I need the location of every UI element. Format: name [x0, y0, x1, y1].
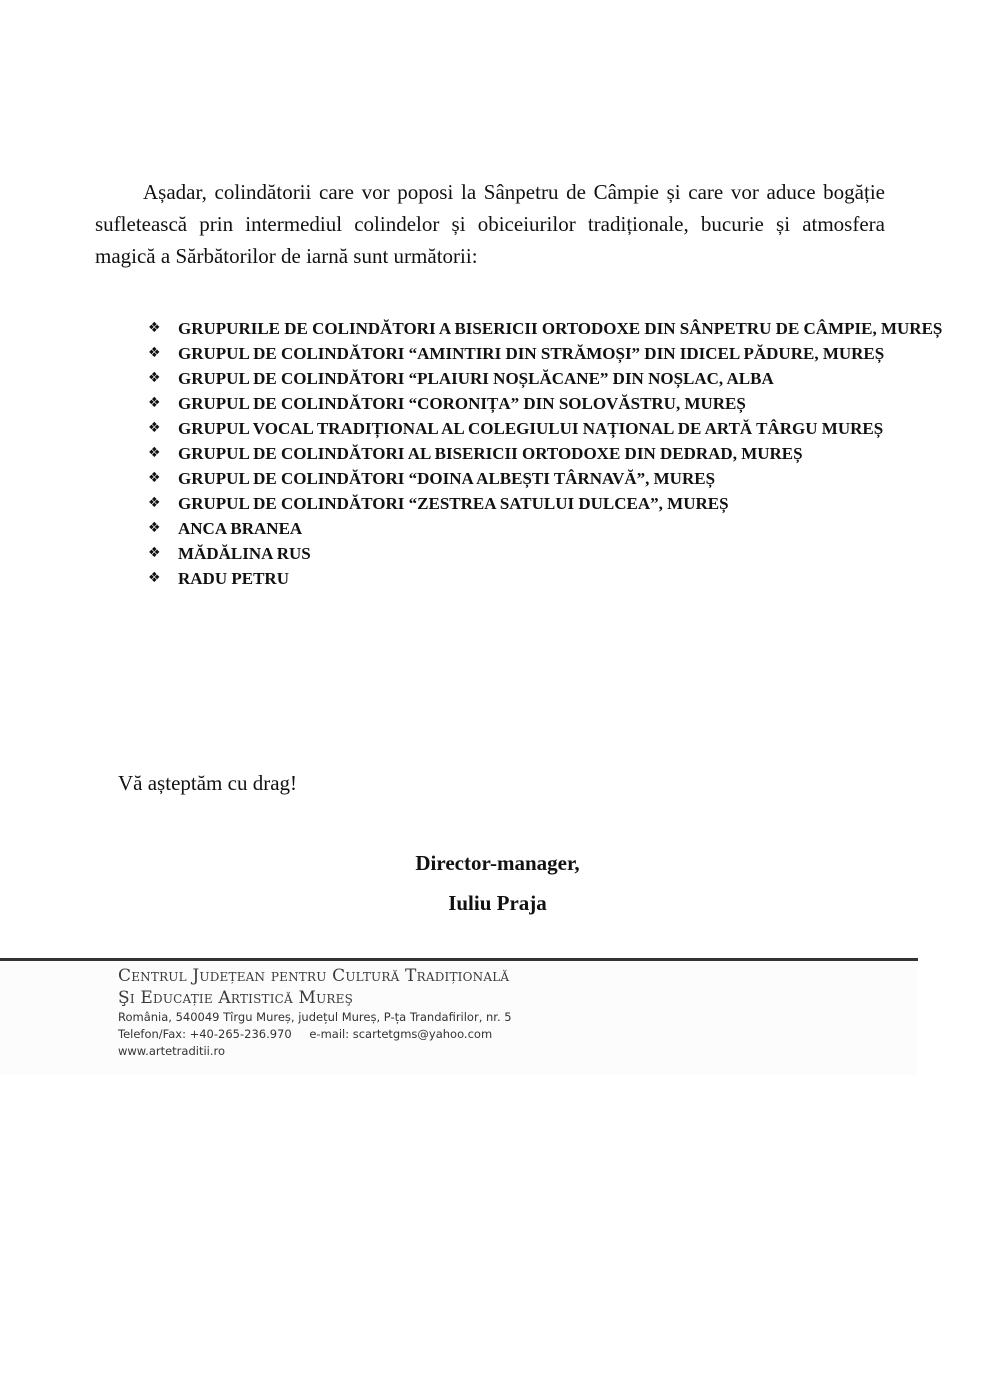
- closing-greeting: Vă așteptăm cu drag!: [118, 769, 297, 797]
- carolers-list: ❖ GRUPURILE DE COLINDĂTORI A BISERICII O…: [148, 316, 948, 591]
- list-item: ❖ RADU PETRU: [148, 566, 948, 591]
- organization-name-line-1: Centrul Județean pentru Cultură Tradițio…: [118, 965, 512, 987]
- list-item-text: GRUPUL DE COLINDĂTORI “ZESTREA SATULUI D…: [178, 494, 729, 513]
- list-item: ❖ MĂDĂLINA RUS: [148, 541, 948, 566]
- diamond-bullet-icon: ❖: [148, 416, 161, 441]
- email-address[interactable]: e-mail: scartetgms@yahoo.com: [309, 1027, 492, 1041]
- list-item-text: GRUPUL DE COLINDĂTORI “AMINTIRI DIN STRĂ…: [178, 344, 884, 363]
- list-item-text: RADU PETRU: [178, 569, 289, 588]
- list-item-text: ANCA BRANEA: [178, 519, 302, 538]
- diamond-bullet-icon: ❖: [148, 316, 161, 341]
- list-item-text: MĂDĂLINA RUS: [178, 544, 311, 563]
- list-item: ❖ GRUPUL DE COLINDĂTORI “PLAIURI NOȘLĂCA…: [148, 366, 948, 391]
- list-item-text: GRUPURILE DE COLINDĂTORI A BISERICII ORT…: [178, 319, 942, 338]
- diamond-bullet-icon: ❖: [148, 541, 161, 566]
- list-item-text: GRUPUL DE COLINDĂTORI “PLAIURI NOȘLĂCANE…: [178, 369, 774, 388]
- list-item-text: GRUPUL DE COLINDĂTORI “CORONIȚA” DIN SOL…: [178, 394, 746, 413]
- signature-title: Director-manager,: [390, 843, 605, 883]
- list-item: ❖ GRUPUL DE COLINDĂTORI “CORONIȚA” DIN S…: [148, 391, 948, 416]
- diamond-bullet-icon: ❖: [148, 491, 161, 516]
- list-item: ❖ GRUPUL DE COLINDĂTORI “ZESTREA SATULUI…: [148, 491, 948, 516]
- diamond-bullet-icon: ❖: [148, 366, 161, 391]
- list-item: ❖ GRUPUL DE COLINDĂTORI AL BISERICII ORT…: [148, 441, 948, 466]
- diamond-bullet-icon: ❖: [148, 516, 161, 541]
- diamond-bullet-icon: ❖: [148, 441, 161, 466]
- diamond-bullet-icon: ❖: [148, 391, 161, 416]
- list-item: ❖ GRUPURILE DE COLINDĂTORI A BISERICII O…: [148, 316, 948, 341]
- list-item: ❖ GRUPUL VOCAL TRADIȚIONAL AL COLEGIULUI…: [148, 416, 948, 441]
- contact-line: Telefon/Fax: +40-265-236.970 e-mail: sca…: [118, 1026, 512, 1043]
- website-link[interactable]: www.artetraditii.ro: [118, 1043, 512, 1060]
- list-item: ❖ GRUPUL DE COLINDĂTORI “DOINA ALBEȘTI T…: [148, 466, 948, 491]
- list-item-text: GRUPUL VOCAL TRADIȚIONAL AL COLEGIULUI N…: [178, 419, 883, 438]
- intro-paragraph: Așadar, colindătorii care vor poposi la …: [95, 176, 885, 272]
- list-item: ❖ ANCA BRANEA: [148, 516, 948, 541]
- signature-name: Iuliu Praja: [390, 883, 605, 923]
- list-item: ❖ GRUPUL DE COLINDĂTORI “AMINTIRI DIN ST…: [148, 341, 948, 366]
- organization-name-line-2: Şi Educație Artistică Mureş: [118, 987, 512, 1009]
- diamond-bullet-icon: ❖: [148, 341, 161, 366]
- list-item-text: GRUPUL DE COLINDĂTORI AL BISERICII ORTOD…: [178, 444, 803, 463]
- letterhead-footer: Centrul Județean pentru Cultură Tradițio…: [118, 965, 512, 1060]
- signature-block: Director-manager, Iuliu Praja: [390, 843, 605, 923]
- list-item-text: GRUPUL DE COLINDĂTORI “DOINA ALBEȘTI TÂR…: [178, 469, 715, 488]
- phone-fax: Telefon/Fax: +40-265-236.970: [118, 1027, 292, 1041]
- address: România, 540049 Tîrgu Mureș, județul Mur…: [118, 1009, 512, 1026]
- diamond-bullet-icon: ❖: [148, 466, 161, 491]
- diamond-bullet-icon: ❖: [148, 566, 161, 591]
